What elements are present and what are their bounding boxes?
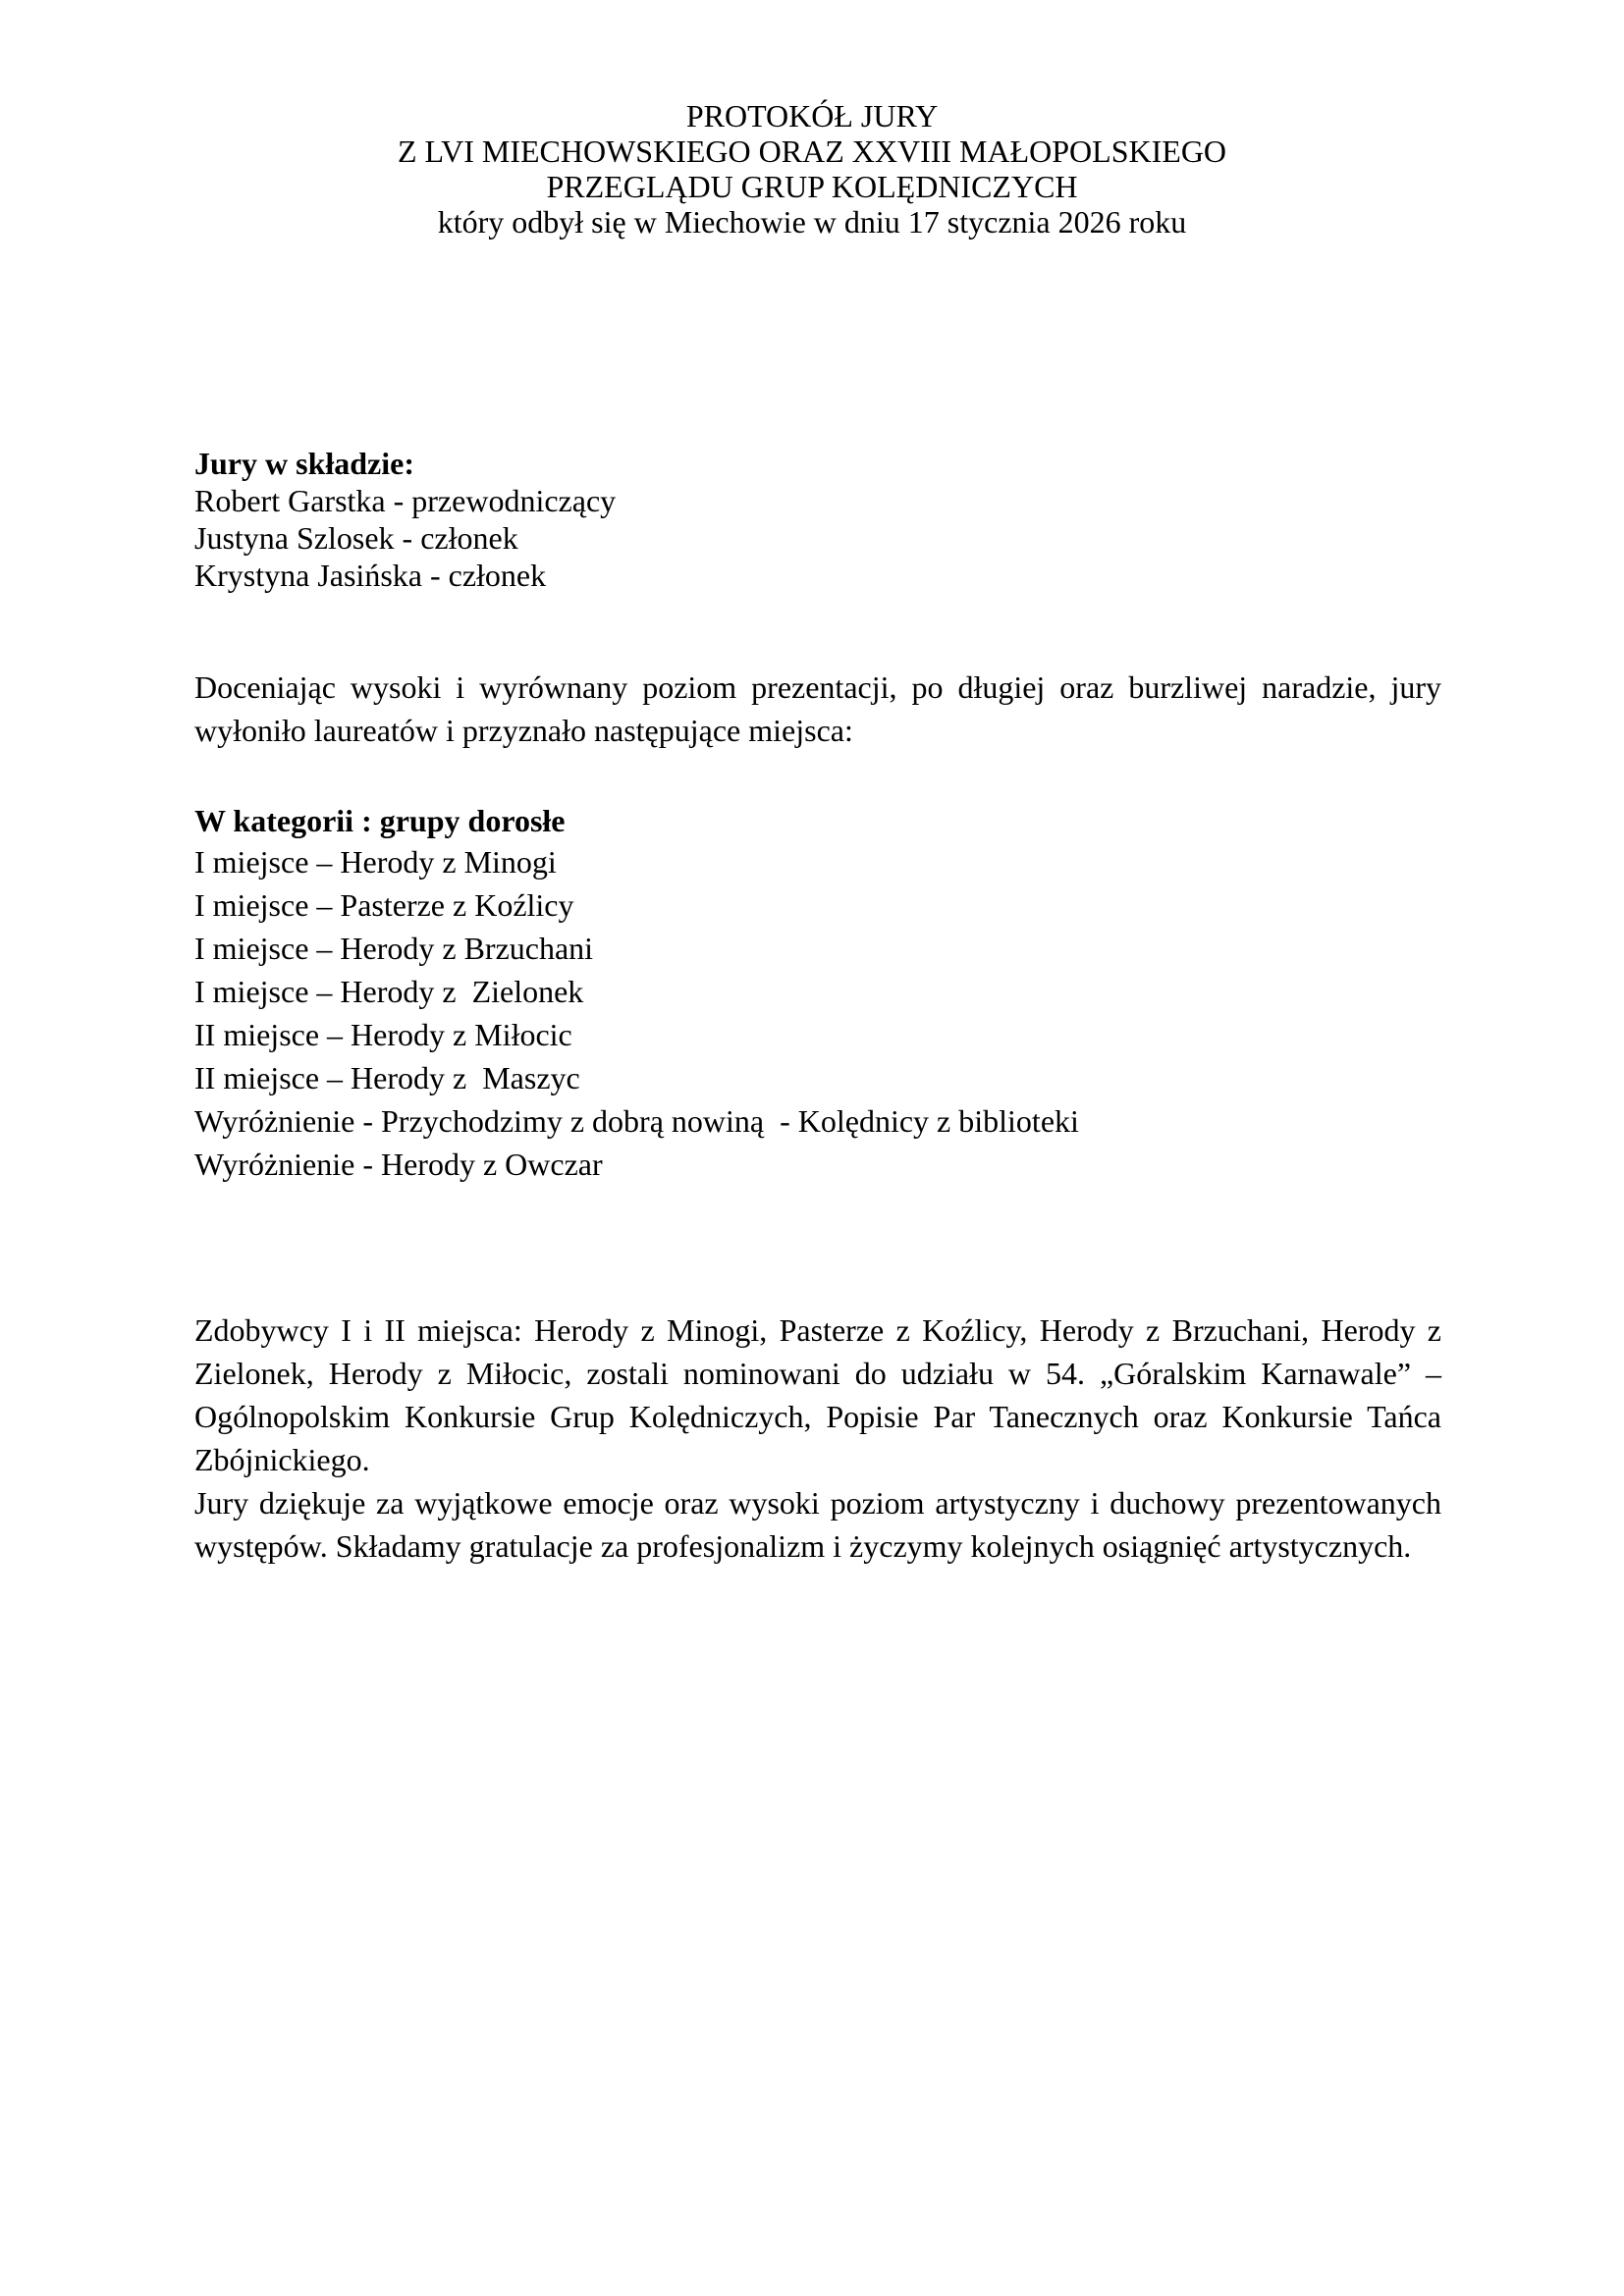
intro-paragraph: Doceniając wysoki i wyrównany poziom pre… (194, 666, 1441, 752)
award-item: I miejsce – Herody z Minogi (194, 840, 1441, 883)
jury-member: Krystyna Jasińska - członek (194, 557, 1441, 594)
award-item: I miejsce – Herody z Zielonek (194, 970, 1441, 1013)
award-item: I miejsce – Pasterze z Koźlicy (194, 883, 1441, 927)
awards-section: W kategorii : grupy dorosłe I miejsce – … (194, 801, 1441, 1186)
award-item: Wyróżnienie - Przychodzimy z dobrą nowin… (194, 1099, 1441, 1143)
nomination-paragraph: Zdobywcy I i II miejsca: Herody z Minogi… (194, 1308, 1441, 1481)
header-date-line: który odbył się w Miechowie w dniu 17 st… (0, 204, 1624, 240)
jury-section: Jury w składzie: Robert Garstka - przewo… (194, 445, 1441, 594)
thanks-paragraph: Jury dziękuje za wyjątkowe emocje oraz w… (194, 1481, 1441, 1568)
jury-member: Justyna Szlosek - członek (194, 519, 1441, 557)
awards-category-heading: W kategorii : grupy dorosłe (194, 801, 1441, 840)
closing-section: Zdobywcy I i II miejsca: Herody z Minogi… (194, 1308, 1441, 1568)
award-item: I miejsce – Herody z Brzuchani (194, 927, 1441, 970)
header-event-line: Z LVI MIECHOWSKIEGO ORAZ XXVIII MAŁOPOLS… (0, 133, 1624, 169)
document-header: PROTOKÓŁ JURY Z LVI MIECHOWSKIEGO ORAZ X… (0, 98, 1624, 240)
header-title: PROTOKÓŁ JURY (0, 98, 1624, 133)
award-item: Wyróżnienie - Herody z Owczar (194, 1143, 1441, 1186)
document-page: PROTOKÓŁ JURY Z LVI MIECHOWSKIEGO ORAZ X… (0, 0, 1624, 2296)
award-item: II miejsce – Herody z Maszyc (194, 1056, 1441, 1099)
award-item: II miejsce – Herody z Miłocic (194, 1013, 1441, 1056)
jury-heading: Jury w składzie: (194, 445, 1441, 482)
jury-member: Robert Garstka - przewodniczący (194, 482, 1441, 519)
header-event-name: PRZEGLĄDU GRUP KOLĘDNICZYCH (0, 169, 1624, 204)
